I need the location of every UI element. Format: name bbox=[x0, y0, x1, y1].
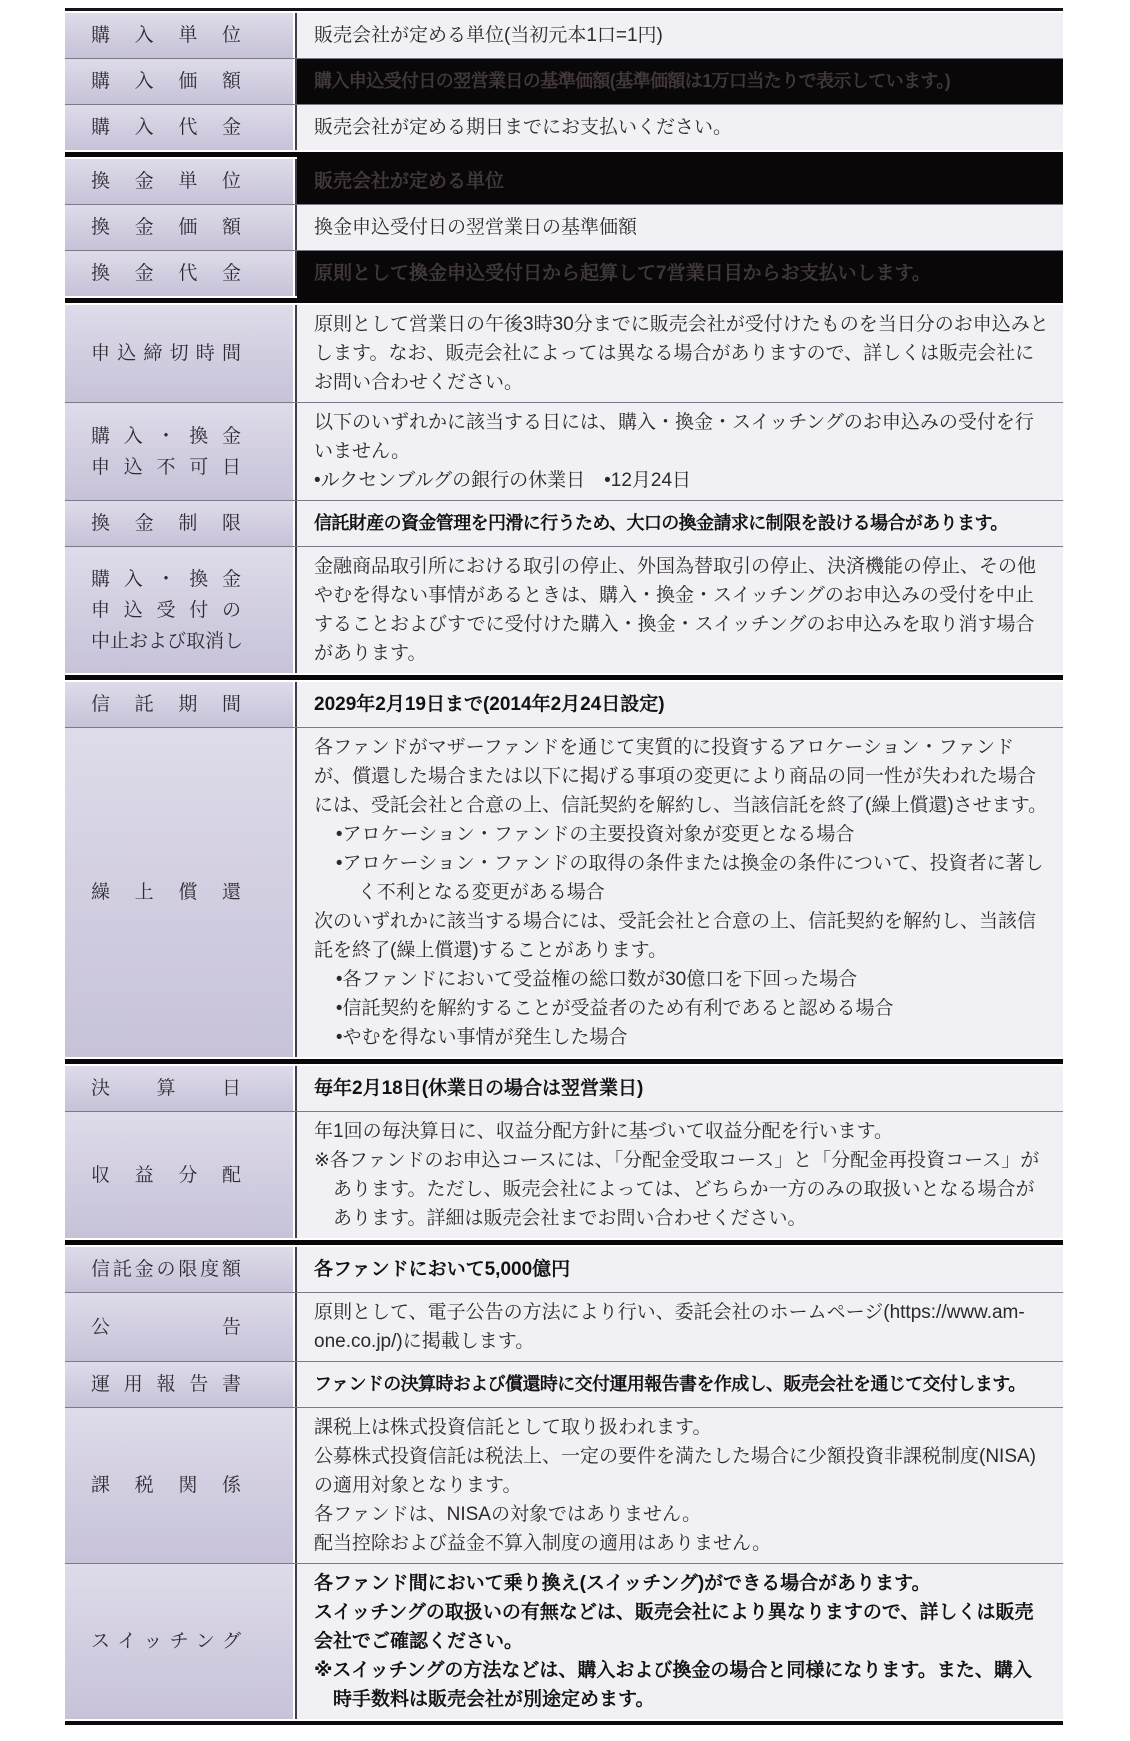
paragraph: 配当控除および益金不算入制度の適用はありません。 bbox=[314, 1529, 1049, 1558]
paragraph: 販売会社が定める単位 bbox=[314, 167, 1049, 196]
row-label-purchase-unit: 購入単位 bbox=[65, 13, 295, 58]
paragraph: 次のいずれかに該当する場合には、受託会社と合意の上、信託契約を解約し、当該信託を… bbox=[314, 907, 1049, 965]
paragraph: •各ファンドにおいて受益権の総口数が30億口を下回った場合 bbox=[314, 965, 1049, 994]
label-line: 購入・換金 bbox=[91, 421, 241, 452]
table-row-purchase-unit: 購入単位販売会社が定める単位(当初元本1口=1円) bbox=[65, 13, 1063, 59]
row-label-switching: スイッチング bbox=[65, 1564, 295, 1719]
table-row-switching: スイッチング各ファンド間において乗り換え(スイッチング)ができる場合があります。… bbox=[65, 1564, 1063, 1719]
paragraph: ※スイッチングの方法などは、購入および換金の場合と同様になります。また、購入時手… bbox=[314, 1656, 1049, 1714]
row-label-application-deadline: 申込締切時間 bbox=[65, 305, 295, 402]
paragraph: 金融商品取引所における取引の停止、外国為替取引の停止、決済機能の停止、その他やむ… bbox=[314, 552, 1049, 668]
row-content-application-blackout-days: 以下のいずれかに該当する日には、購入・換金・スイッチングのお申込みの受付を行いま… bbox=[295, 403, 1063, 500]
row-content-settlement-date: 毎年2月18日(休業日の場合は翌営業日) bbox=[295, 1066, 1063, 1111]
table-row-application-deadline: 申込締切時間原則として営業日の午後3時30分までに販売会社が受付けたものを当日分… bbox=[65, 305, 1063, 403]
row-content-purchase-unit: 販売会社が定める単位(当初元本1口=1円) bbox=[295, 13, 1063, 58]
table-row-redemption-payment: 換金代金原則として換金申込受付日から起算して7営業日目からお支払いします。 bbox=[65, 251, 1063, 296]
paragraph: 課税上は株式投資信託として取り扱われます。 bbox=[314, 1413, 1049, 1442]
table-row-purchase-price: 購入価額購入申込受付日の翌営業日の基準価額(基準価額は1万口当たりで表示していま… bbox=[65, 59, 1063, 105]
row-label-trust-period: 信託期間 bbox=[65, 682, 295, 727]
paragraph: 2029年2月19日まで(2014年2月24日設定) bbox=[314, 690, 1049, 719]
paragraph: 販売会社が定める単位(当初元本1口=1円) bbox=[314, 21, 1049, 50]
row-label-redemption-price: 換金価額 bbox=[65, 205, 295, 250]
paragraph: 原則として、電子公告の方法により行い、委託会社のホームページ(https://w… bbox=[314, 1298, 1049, 1356]
table-row-application-blackout-days: 購入・換金申込不可日以下のいずれかに該当する日には、購入・換金・スイッチングのお… bbox=[65, 403, 1063, 501]
label-line: 購入・換金 bbox=[91, 564, 241, 595]
label-line: 換金制限 bbox=[91, 508, 241, 539]
label-line: 購入価額 bbox=[91, 66, 241, 97]
paragraph: •アロケーション・ファンドの主要投資対象が変更となる場合 bbox=[314, 820, 1049, 849]
row-content-trust-limit: 各ファンドにおいて5,000億円 bbox=[295, 1247, 1063, 1292]
row-content-application-deadline: 原則として営業日の午後3時30分までに販売会社が受付けたものを当日分のお申込みと… bbox=[295, 305, 1063, 402]
paragraph: 信託財産の資金管理を円滑に行うため、大口の換金請求に制限を設ける場合があります。 bbox=[314, 509, 1049, 538]
row-label-application-blackout-days: 購入・換金申込不可日 bbox=[65, 403, 295, 500]
label-line: 申込受付の bbox=[91, 595, 241, 626]
table-row-application-suspension: 購入・換金申込受付の中止および取消し金融商品取引所における取引の停止、外国為替取… bbox=[65, 547, 1063, 673]
row-label-management-report: 運用報告書 bbox=[65, 1362, 295, 1407]
paragraph: 各ファンドは、NISAの対象ではありません。 bbox=[314, 1500, 1049, 1529]
row-label-application-suspension: 購入・換金申込受付の中止および取消し bbox=[65, 547, 295, 673]
row-content-redemption-restriction: 信託財産の資金管理を円滑に行うため、大口の換金請求に制限を設ける場合があります。 bbox=[295, 501, 1063, 546]
row-label-taxation: 課税関係 bbox=[65, 1408, 295, 1563]
paragraph: 換金申込受付日の翌営業日の基準価額 bbox=[314, 213, 1049, 242]
group-separator bbox=[65, 673, 1063, 682]
fund-application-memo-table: 購入単位販売会社が定める単位(当初元本1口=1円)購入価額購入申込受付日の翌営業… bbox=[65, 8, 1063, 1725]
paragraph: 原則として営業日の午後3時30分までに販売会社が受付けたものを当日分のお申込みと… bbox=[314, 310, 1049, 397]
paragraph: 購入申込受付日の翌営業日の基準価額(基準価額は1万口当たりで表示しています。) bbox=[314, 67, 1049, 96]
row-content-purchase-price: 購入申込受付日の翌営業日の基準価額(基準価額は1万口当たりで表示しています。) bbox=[295, 59, 1063, 104]
table-row-redemption-price: 換金価額換金申込受付日の翌営業日の基準価額 bbox=[65, 205, 1063, 251]
row-content-income-distribution: 年1回の毎決算日に、収益分配方針に基づいて収益分配を行います。※各ファンドのお申… bbox=[295, 1112, 1063, 1238]
paragraph: スイッチングの取扱いの有無などは、販売会社により異なりますので、詳しくは販売会社… bbox=[314, 1598, 1049, 1656]
table-row-purchase-payment: 購入代金販売会社が定める期日までにお支払いください。 bbox=[65, 105, 1063, 150]
paragraph: 年1回の毎決算日に、収益分配方針に基づいて収益分配を行います。 bbox=[314, 1117, 1049, 1146]
label-line: 購入代金 bbox=[91, 112, 241, 143]
label-line: スイッチング bbox=[91, 1626, 241, 1657]
label-line: 繰上償還 bbox=[91, 877, 241, 908]
table-row-early-redemption: 繰上償還各ファンドがマザーファンドを通じて実質的に投資するアロケーション・ファン… bbox=[65, 728, 1063, 1057]
paragraph: 公募株式投資信託は税法上、一定の要件を満たした場合に少額投資非課税制度(NISA… bbox=[314, 1442, 1049, 1500]
table-row-taxation: 課税関係課税上は株式投資信託として取り扱われます。公募株式投資信託は税法上、一定… bbox=[65, 1408, 1063, 1564]
label-line: 換金代金 bbox=[91, 258, 241, 289]
row-content-purchase-payment: 販売会社が定める期日までにお支払いください。 bbox=[295, 105, 1063, 150]
row-label-settlement-date: 決算日 bbox=[65, 1066, 295, 1111]
label-line: 公告 bbox=[91, 1312, 241, 1343]
table-top-rule bbox=[65, 8, 1063, 11]
label-line: 決算日 bbox=[91, 1073, 241, 1104]
label-line: 運用報告書 bbox=[91, 1369, 241, 1400]
table-row-management-report: 運用報告書ファンドの決算時および償還時に交付運用報告書を作成し、販売会社を通じて… bbox=[65, 1362, 1063, 1408]
row-content-taxation: 課税上は株式投資信託として取り扱われます。公募株式投資信託は税法上、一定の要件を… bbox=[295, 1408, 1063, 1563]
paragraph: 各ファンドがマザーファンドを通じて実質的に投資するアロケーション・ファンドが、償… bbox=[314, 733, 1049, 820]
paragraph: •やむを得ない事情が発生した場合 bbox=[314, 1023, 1049, 1052]
row-content-public-notice: 原則として、電子公告の方法により行い、委託会社のホームページ(https://w… bbox=[295, 1293, 1063, 1361]
fund-table: 購入単位販売会社が定める単位(当初元本1口=1円)購入価額購入申込受付日の翌営業… bbox=[65, 13, 1063, 1719]
paragraph: 原則として換金申込受付日から起算して7営業日目からお支払いします。 bbox=[314, 259, 1049, 288]
row-content-redemption-payment: 原則として換金申込受付日から起算して7営業日目からお支払いします。 bbox=[295, 251, 1063, 296]
label-line: 中止および取消し bbox=[91, 626, 241, 657]
row-label-trust-limit: 信託金の限度額 bbox=[65, 1247, 295, 1292]
paragraph: 毎年2月18日(休業日の場合は翌営業日) bbox=[314, 1074, 1049, 1103]
paragraph: 各ファンド間において乗り換え(スイッチング)ができる場合があります。 bbox=[314, 1569, 1049, 1598]
label-line: 信託金の限度額 bbox=[91, 1254, 241, 1285]
row-label-income-distribution: 収益分配 bbox=[65, 1112, 295, 1238]
paragraph: •アロケーション・ファンドの取得の条件または換金の条件について、投資者に著しく不… bbox=[314, 849, 1049, 907]
row-content-redemption-unit: 販売会社が定める単位 bbox=[295, 159, 1063, 204]
label-line: 換金単位 bbox=[91, 166, 241, 197]
row-label-redemption-payment: 換金代金 bbox=[65, 251, 295, 296]
table-bottom-rule bbox=[65, 1721, 1063, 1725]
paragraph: ファンドの決算時および償還時に交付運用報告書を作成し、販売会社を通じて交付します… bbox=[314, 1370, 1049, 1399]
paragraph: ※各ファンドのお申込コースには、「分配金受取コース」と「分配金再投資コース」があ… bbox=[314, 1146, 1049, 1233]
row-content-redemption-price: 換金申込受付日の翌営業日の基準価額 bbox=[295, 205, 1063, 250]
label-line: 申込不可日 bbox=[91, 452, 241, 483]
group-separator bbox=[65, 296, 1063, 305]
table-row-public-notice: 公告原則として、電子公告の方法により行い、委託会社のホームページ(https:/… bbox=[65, 1293, 1063, 1362]
label-line: 課税関係 bbox=[91, 1470, 241, 1501]
table-row-redemption-restriction: 換金制限信託財産の資金管理を円滑に行うため、大口の換金請求に制限を設ける場合があ… bbox=[65, 501, 1063, 547]
label-line: 収益分配 bbox=[91, 1160, 241, 1191]
table-row-income-distribution: 収益分配年1回の毎決算日に、収益分配方針に基づいて収益分配を行います。※各ファン… bbox=[65, 1112, 1063, 1238]
group-separator bbox=[65, 1238, 1063, 1247]
table-row-redemption-unit: 換金単位販売会社が定める単位 bbox=[65, 159, 1063, 205]
group-separator bbox=[65, 150, 1063, 159]
paragraph: •信託契約を解約することが受益者のため有利であると認める場合 bbox=[314, 994, 1049, 1023]
row-label-purchase-payment: 購入代金 bbox=[65, 105, 295, 150]
row-label-redemption-unit: 換金単位 bbox=[65, 159, 295, 204]
row-label-purchase-price: 購入価額 bbox=[65, 59, 295, 104]
table-row-trust-period: 信託期間2029年2月19日まで(2014年2月24日設定) bbox=[65, 682, 1063, 728]
row-label-redemption-restriction: 換金制限 bbox=[65, 501, 295, 546]
row-content-trust-period: 2029年2月19日まで(2014年2月24日設定) bbox=[295, 682, 1063, 727]
row-label-early-redemption: 繰上償還 bbox=[65, 728, 295, 1057]
row-content-switching: 各ファンド間において乗り換え(スイッチング)ができる場合があります。スイッチング… bbox=[295, 1564, 1063, 1719]
paragraph: •ルクセンブルグの銀行の休業日 •12月24日 bbox=[314, 466, 1049, 495]
paragraph: 各ファンドにおいて5,000億円 bbox=[314, 1255, 1049, 1284]
row-content-early-redemption: 各ファンドがマザーファンドを通じて実質的に投資するアロケーション・ファンドが、償… bbox=[295, 728, 1063, 1057]
label-line: 信託期間 bbox=[91, 689, 241, 720]
row-label-public-notice: 公告 bbox=[65, 1293, 295, 1361]
row-content-management-report: ファンドの決算時および償還時に交付運用報告書を作成し、販売会社を通じて交付します… bbox=[295, 1362, 1063, 1407]
table-row-trust-limit: 信託金の限度額各ファンドにおいて5,000億円 bbox=[65, 1247, 1063, 1293]
group-separator bbox=[65, 1057, 1063, 1066]
label-line: 申込締切時間 bbox=[91, 338, 241, 369]
label-line: 購入単位 bbox=[91, 20, 241, 51]
paragraph: 販売会社が定める期日までにお支払いください。 bbox=[314, 113, 1049, 142]
paragraph: 以下のいずれかに該当する日には、購入・換金・スイッチングのお申込みの受付を行いま… bbox=[314, 408, 1049, 466]
table-row-settlement-date: 決算日毎年2月18日(休業日の場合は翌営業日) bbox=[65, 1066, 1063, 1112]
row-content-application-suspension: 金融商品取引所における取引の停止、外国為替取引の停止、決済機能の停止、その他やむ… bbox=[295, 547, 1063, 673]
label-line: 換金価額 bbox=[91, 212, 241, 243]
